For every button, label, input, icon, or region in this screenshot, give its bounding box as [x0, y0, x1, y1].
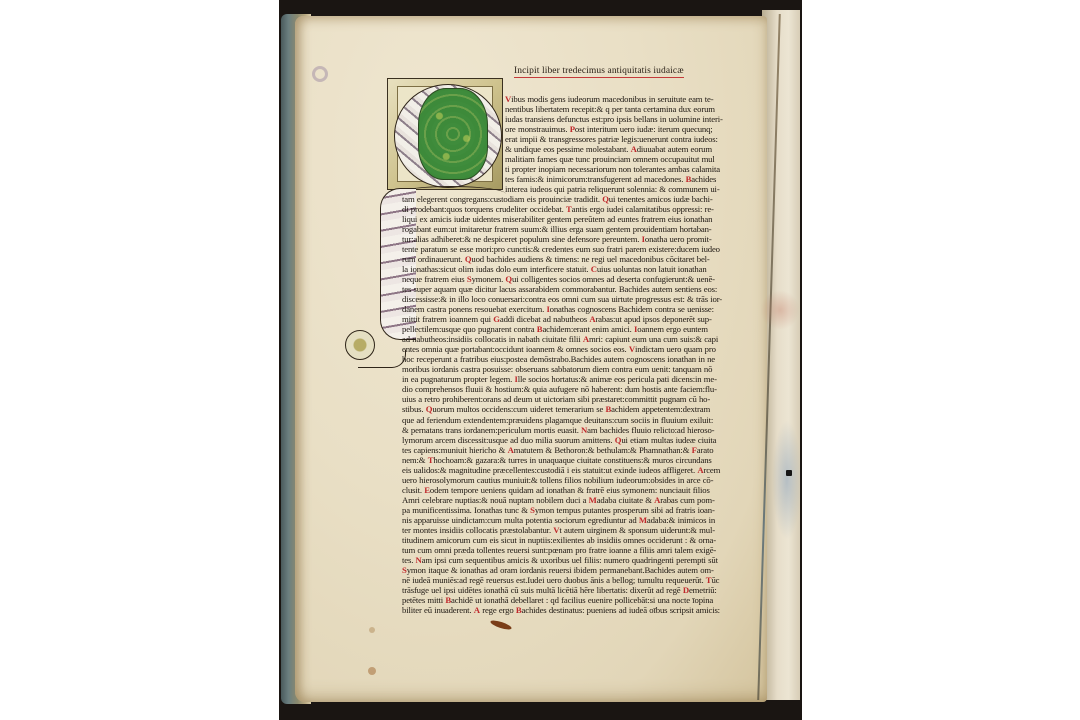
- rubricated-capital: Q: [602, 194, 609, 204]
- stain-mark: [312, 66, 328, 82]
- text-run: lle socios hortatus:& animæ eos pericula…: [518, 374, 717, 384]
- text-line: liqui ex amicis iudæ uidentes miserabili…: [402, 214, 758, 224]
- text-run: & undique eos pessime molestabant.: [505, 144, 631, 154]
- text-line: mittit fratrem ioannem qui Gaddi dicebat…: [402, 314, 758, 324]
- text-run: mittit fratrem ioannem qui: [402, 314, 493, 324]
- text-run: trāsfuge uel ipsi uidētes ionathā cū sui…: [402, 585, 683, 595]
- text-line: rum ordinauerunt. Quod bachides audiens …: [402, 254, 758, 264]
- text-line: di prodebant:quos torquens crudeliter oc…: [402, 204, 758, 214]
- text-line: tes capiens:muniuit hiericho & Amatutem …: [402, 445, 758, 455]
- text-run: & pernatans trans iordanem:periculum mor…: [402, 425, 581, 435]
- text-run: pellectilem:usque quo pugnarent contra: [402, 324, 537, 334]
- text-line: tes. Nam ipsi cum sequentibus amicis & u…: [402, 555, 758, 565]
- text-run: ymonem.: [472, 274, 506, 284]
- text-run: ui colligentes socios omnes ad deserta c…: [512, 274, 715, 284]
- text-run: ymon itaque & ionathas ad oram iordanis …: [407, 565, 714, 575]
- body-text: Vibus modis gens iudeorum macedonibus in…: [402, 94, 758, 615]
- text-run: erat impii & transgressores patriæ legis…: [505, 134, 718, 144]
- text-line: hoc receperunt a fratribus eius:postea d…: [402, 354, 758, 364]
- chapter-heading: Incipit liber tredecimus antiquitatis iu…: [514, 66, 684, 78]
- text-line: trāsfuge uel ipsi uidētes ionathā cū sui…: [402, 585, 758, 595]
- text-run: ad nabutheos:insidiis collocatis in naba…: [402, 334, 583, 344]
- text-line: & pernatans trans iordanem:periculum mor…: [402, 425, 758, 435]
- text-line: interea iudeos qui patria reliquerunt so…: [402, 184, 758, 194]
- text-line: tente paratum se esse mori:pro cunctis:&…: [402, 244, 758, 254]
- text-line: la ionathas:sicut olim iudas dolo eum in…: [402, 264, 758, 274]
- text-run: malitiam fames quæ tunc prouinciam omnem…: [505, 154, 715, 164]
- text-line: tur:alias adhiberet:& ne despiceret popu…: [402, 234, 758, 244]
- text-line: Vibus modis gens iudeorum macedonibus in…: [402, 94, 758, 104]
- text-run: liqui ex amicis iudæ uidentes miserabili…: [402, 214, 712, 224]
- text-line: Symon itaque & ionathas ad oram iordanis…: [402, 565, 758, 575]
- text-run: titudinem amicorum cum eis sicut in nupt…: [402, 535, 716, 545]
- text-line: danem castra ponens resouebat exercitum.…: [402, 304, 758, 314]
- text-line: erat impii & transgressores patriæ legis…: [402, 134, 758, 144]
- text-run: achides destinatus: pueniens ad iudeā oī…: [522, 605, 720, 615]
- stain-mark: [760, 290, 800, 330]
- text-run: ter montes insidiis collocatis præstolab…: [402, 525, 553, 535]
- text-line: dio comprehensos fluuii & hostium:& quia…: [402, 384, 758, 394]
- text-run: tes capiens:muniuit hiericho &: [402, 445, 508, 455]
- text-run: entes omnia quæ portabant:occidunt ioann…: [402, 344, 629, 354]
- text-line: uero hierosolymorum cautius muniuit:& to…: [402, 475, 758, 485]
- text-run: adaba ciuitate &: [597, 495, 654, 505]
- text-run: onatha uero promit-: [645, 234, 712, 244]
- text-run: rabas cum pom-: [660, 495, 714, 505]
- text-run: Amri celebrare nuptias:& nouā nuptam nob…: [402, 495, 589, 505]
- text-line: petētes mitti Bachidē ut ionathā debella…: [402, 595, 758, 605]
- text-run: onathas cognoscens Bachidem contra se ue…: [550, 304, 714, 314]
- text-run: tum cum omni præda tollentes reuersi sun…: [402, 545, 716, 555]
- text-line: ad nabutheos:insidiis collocatis in naba…: [402, 334, 758, 344]
- text-line: nentibus libertatem recepit:& q per tant…: [402, 104, 758, 114]
- text-run: la ionathas:sicut olim iudas dolo eum in…: [402, 264, 591, 274]
- ink-spot: [786, 470, 792, 476]
- text-run: am bachides fluuio relicto:ad hieroso-: [587, 425, 714, 435]
- text-run: eis ualidos:& magnitudine præcellentes:c…: [402, 465, 697, 475]
- text-run: arato: [697, 445, 714, 455]
- text-run: rabas:ut apud ipsos deponerēt sup-: [595, 314, 711, 324]
- text-run: ost interitum uero iudæ: iterum quecunq;: [575, 124, 713, 134]
- text-run: tes super aquam quæ dicitur lacus assara…: [402, 284, 717, 294]
- text-run: tes.: [402, 555, 416, 565]
- text-run: antis ergo iudei calamitatibus oppressi:…: [572, 204, 714, 214]
- text-run: am ipsi cum sequentibus amicis & uxoribu…: [422, 555, 718, 565]
- text-line: tam elegerent congregans:custodiam eis p…: [402, 194, 758, 204]
- text-line: entes omnia quæ portabant:occidunt ioann…: [402, 344, 758, 354]
- text-run: achides: [691, 174, 716, 184]
- text-run: uius a retro prohiberent:orans ad deum u…: [402, 394, 710, 404]
- text-run: matutem & Bethoron:& bethulam:& Phamnath…: [514, 445, 692, 455]
- text-line: tum cum omni præda tollentes reuersi sun…: [402, 545, 758, 555]
- text-run: rum ordinauerunt.: [402, 254, 465, 264]
- text-run: iudas transiens defunctus est:pro ipsis …: [505, 114, 723, 124]
- text-line: iudas transiens defunctus est:pro ipsis …: [402, 114, 758, 124]
- text-line: nis apparuisse uindictam:cum multa poten…: [402, 515, 758, 525]
- text-run: petētes mitti: [402, 595, 445, 605]
- text-line: Amri celebrare nuptias:& nouā nuptam nob…: [402, 495, 758, 505]
- text-run: hochoam:& gazara:& turres in unaquaque c…: [433, 455, 711, 465]
- text-line: pellectilem:usque quo pugnarent contra B…: [402, 324, 758, 334]
- text-run: rege ergo: [480, 605, 516, 615]
- text-run: clusit.: [402, 485, 424, 495]
- text-run: hoc receperunt a fratribus eius:postea d…: [402, 354, 715, 364]
- text-run: t autem uirginem & sponsum uiderunt:& mu…: [559, 525, 715, 535]
- text-run: ūc: [711, 575, 719, 585]
- text-line: moribus iordanis castra posuisse: obseru…: [402, 364, 758, 374]
- text-line: biliter eū inuaderent. A rege ergo Bachi…: [402, 605, 758, 615]
- text-run: nis apparuisse uindictam:cum multa poten…: [402, 515, 639, 525]
- text-run: odem tempore ueniens quidam ad ionathan …: [430, 485, 710, 495]
- text-run: diuuabat autem eorum: [637, 144, 712, 154]
- text-run: ti propter inopiam necessariorum non tol…: [505, 164, 720, 174]
- text-line: tes super aquam quæ dicitur lacus assara…: [402, 284, 758, 294]
- text-run: pa munificentissima. Ionathas tunc &: [402, 505, 530, 515]
- text-run: ore monstrauimus.: [505, 124, 570, 134]
- text-run: moribus iordanis castra posuisse: obseru…: [402, 364, 712, 374]
- text-run: indictam uero quam pro: [635, 344, 716, 354]
- text-run: tam elegerent congregans:custodiam eis p…: [402, 194, 602, 204]
- text-run: ibus modis gens iudeorum macedonibus in …: [511, 94, 713, 104]
- stain-mark: [369, 627, 375, 633]
- text-run: emetriū:: [689, 585, 717, 595]
- text-run: stibus.: [402, 404, 426, 414]
- text-run: neque fratrem eius: [402, 274, 467, 284]
- text-run: uero hierosolymorum cautius muniuit:& to…: [402, 475, 713, 485]
- stain-mark: [772, 420, 802, 540]
- text-run: achidem:erant enim amici.: [542, 324, 634, 334]
- text-line: ter montes insidiis collocatis præstolab…: [402, 525, 758, 535]
- text-run: lymorum arcem discessit:usque ad duo mil…: [402, 435, 615, 445]
- stain-mark: [368, 667, 376, 675]
- text-line: clusit. Eodem tempore ueniens quidam ad …: [402, 485, 758, 495]
- text-line: ore monstrauimus. Post interitum uero iu…: [402, 124, 758, 134]
- text-line: malitiam fames quæ tunc prouinciam omnem…: [402, 154, 758, 164]
- text-run: ui etiam multas iudeæ ciuita: [621, 435, 716, 445]
- text-run: mri: capiunt eum una cum suis:& capi: [589, 334, 718, 344]
- text-line: lymorum arcem discessit:usque ad duo mil…: [402, 435, 758, 445]
- text-run: ui tenentes amicos iudæ bachi-: [609, 194, 713, 204]
- text-run: uorum multos occidens:cum uideret temera…: [432, 404, 605, 414]
- text-run: uod bachides audiens & timens: ne regi u…: [471, 254, 709, 264]
- text-run: achidē ut ionathā debellaret : qd facili…: [451, 595, 713, 605]
- text-run: rogabant eum:ut imitaretur fratrem suum:…: [402, 224, 712, 234]
- text-run: rcem: [703, 465, 720, 475]
- text-run: interea iudeos qui patria reliquerunt so…: [505, 184, 720, 194]
- text-run: tente paratum se esse mori:pro cunctis:&…: [402, 244, 720, 254]
- text-run: nē iudeā muniēs:ad regē reuersus est.Iud…: [402, 575, 706, 585]
- text-run: que ad feriendum extendentem:præuidens p…: [402, 415, 713, 425]
- text-run: tes famis:& inimicorum:transfugerent ad …: [505, 174, 686, 184]
- text-line: rogabant eum:ut imitaretur fratrem suum:…: [402, 224, 758, 234]
- text-line: tes famis:& inimicorum:transfugerent ad …: [402, 174, 758, 184]
- text-run: ymon tempus putantes prosperum sibi ad f…: [535, 505, 715, 515]
- rubricated-capital: G: [493, 314, 500, 324]
- text-run: tur:alias adhiberet:& ne despiceret popu…: [402, 234, 642, 244]
- text-line: uius a retro prohiberent:orans ad deum u…: [402, 394, 758, 404]
- text-run: dio comprehensos fluuii & hostium:& quia…: [402, 384, 717, 394]
- text-run: oannem ergo euntem: [637, 324, 708, 334]
- text-run: addi dicebat ad nabutheos: [500, 314, 589, 324]
- text-line: que ad feriendum extendentem:præuidens p…: [402, 415, 758, 425]
- text-line: in ea pugnaturum propter legem. Ille soc…: [402, 374, 758, 384]
- text-run: nentibus libertatem recepit:& q per tant…: [505, 104, 715, 114]
- text-line: nē iudeā muniēs:ad regē reuersus est.Iud…: [402, 575, 758, 585]
- text-line: pa munificentissima. Ionathas tunc & Sym…: [402, 505, 758, 515]
- text-run: uius uoluntas non latuit ionathan: [597, 264, 707, 274]
- rubricated-capital: M: [639, 515, 647, 525]
- text-run: danem castra ponens resouebat exercitum.: [402, 304, 546, 314]
- text-run: adaba:& inimicos in: [647, 515, 715, 525]
- initial-curl-stem: [358, 350, 406, 368]
- text-line: stibus. Quorum multos occidens:cum uider…: [402, 404, 758, 414]
- text-line: neque fratrem eius Symonem. Qui colligen…: [402, 274, 758, 284]
- text-line: eis ualidos:& magnitudine præcellentes:c…: [402, 465, 758, 475]
- text-line: titudinem amicorum cum eis sicut in nupt…: [402, 535, 758, 545]
- text-run: in ea pugnaturum propter legem.: [402, 374, 515, 384]
- text-run: di prodebant:quos torquens crudeliter oc…: [402, 204, 566, 214]
- document-viewer: Incipit liber tredecimus antiquitatis iu…: [0, 0, 1080, 720]
- text-run: nem:&: [402, 455, 428, 465]
- text-line: ti propter inopiam necessariorum non tol…: [402, 164, 758, 174]
- text-run: achidem appetentem:dextram: [611, 404, 710, 414]
- text-line: & undique eos pessime molestabant. Adiuu…: [402, 144, 758, 154]
- text-run: biliter eū inuaderent.: [402, 605, 474, 615]
- text-line: discessisse:& in illo loco conuersari:co…: [402, 294, 758, 304]
- text-line: nem:& Thochoam:& gazara:& turres in unaq…: [402, 455, 758, 465]
- text-run: discessisse:& in illo loco conuersari:co…: [402, 294, 722, 304]
- rubricated-capital: M: [589, 495, 597, 505]
